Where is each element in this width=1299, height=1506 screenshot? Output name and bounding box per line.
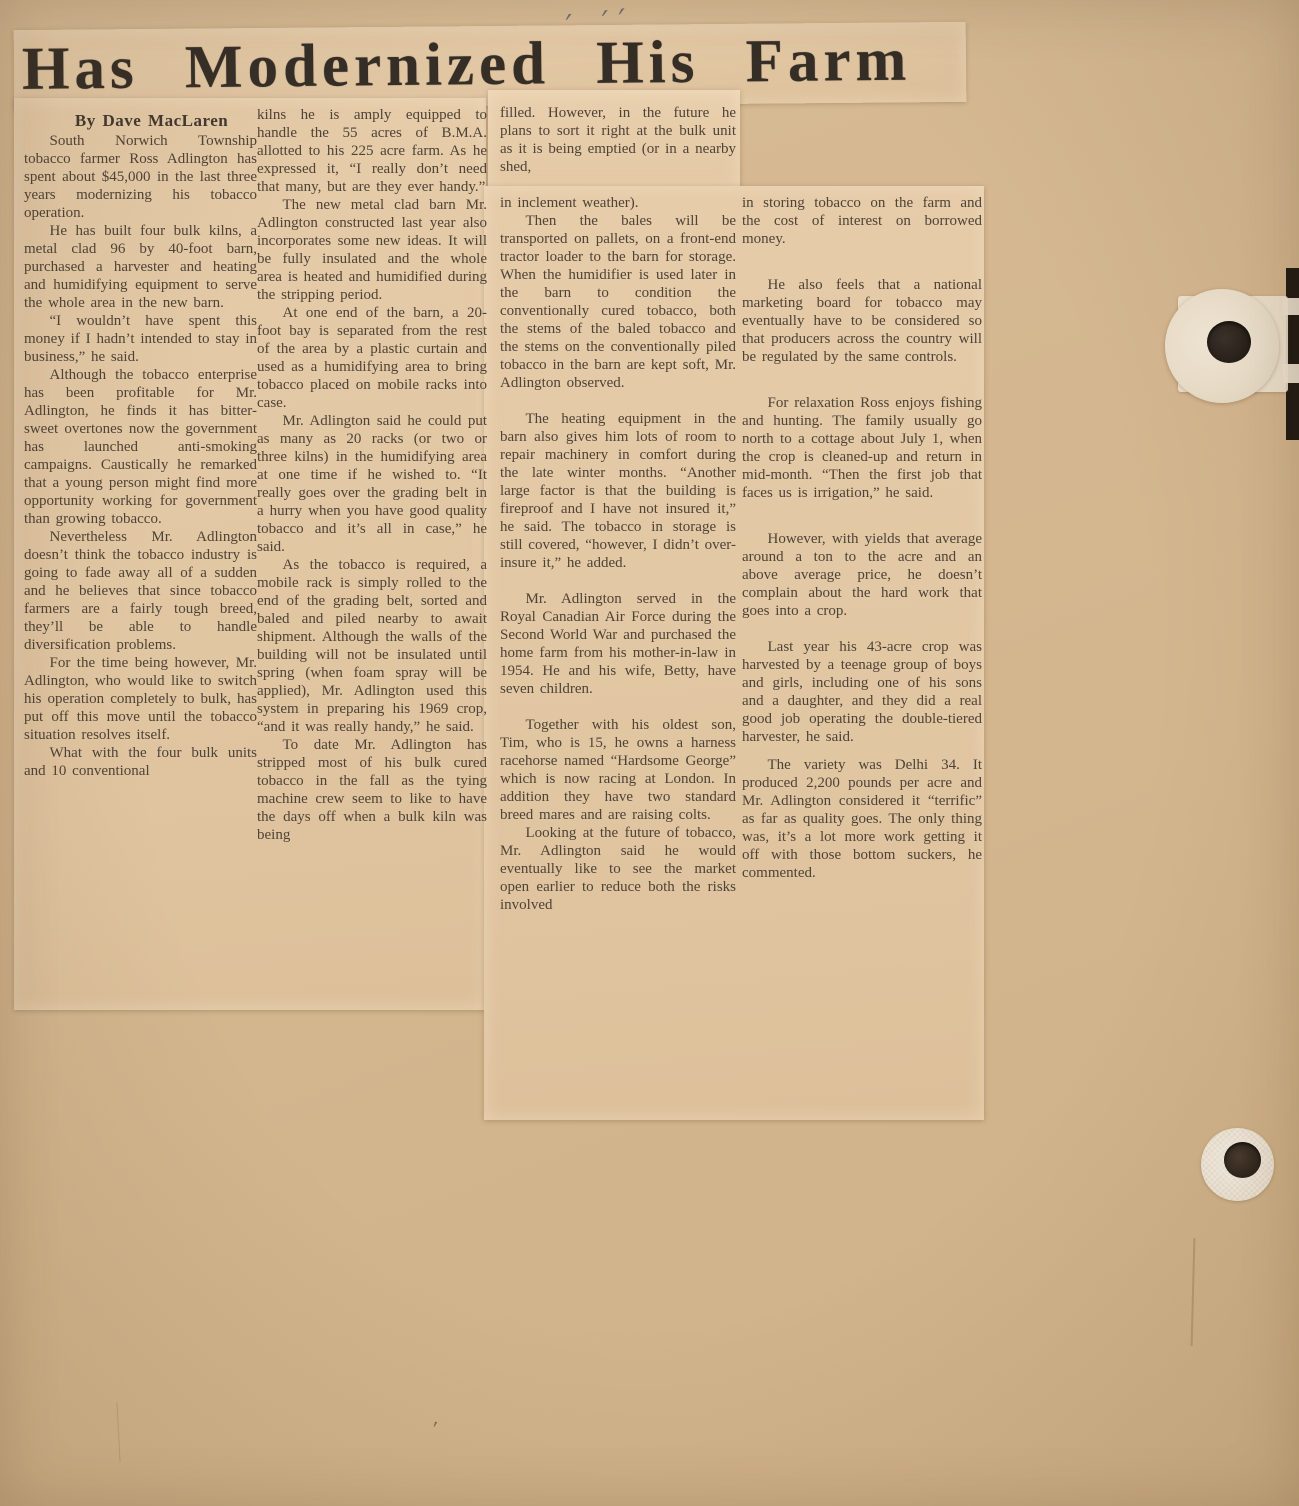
- paragraph: Mr. Adlington said he could put as many …: [257, 412, 487, 556]
- byline: By Dave MacLaren: [24, 112, 257, 130]
- tape-edge-tab: [1283, 298, 1299, 315]
- paragraph: To date Mr. Adlington has stripped most …: [257, 736, 487, 844]
- paragraph: As the tobacco is required, a mobile rac…: [257, 556, 487, 736]
- paragraph: kilns he is amply equipped to handle the…: [257, 106, 487, 196]
- paragraph: Although the tobacco enterprise has been…: [24, 366, 257, 528]
- article-column-4: in storing tobacco on the farm and the c…: [742, 194, 982, 882]
- paragraph: What with the four bulk units and 10 con…: [24, 744, 257, 780]
- paragraph: Mr. Adlington served in the Royal Canadi…: [500, 590, 736, 698]
- paragraph: For relaxation Ross enjoys fishing and h…: [742, 394, 982, 502]
- paragraph: “I wouldn’t have spent this money if I h…: [24, 312, 257, 366]
- paragraph: The heating equipment in the barn also g…: [500, 410, 736, 572]
- paragraph: in inclement weather).: [500, 194, 736, 212]
- paragraph: Nevertheless Mr. Adlington doesn’t think…: [24, 528, 257, 654]
- paragraph: Looking at the future of tobacco, Mr. Ad…: [500, 824, 736, 914]
- scrapbook-page: ′ ′′ Has Modernized His Farm By Dave Mac…: [0, 0, 1299, 1506]
- paragraph: The variety was Delhi 34. It produced 2,…: [742, 756, 982, 882]
- punch-hole: [1207, 321, 1251, 363]
- tape-edge-tab: [1283, 364, 1299, 383]
- paragraph: filled. However, in the future he plans …: [500, 104, 736, 176]
- paragraph: However, with yields that average around…: [742, 530, 982, 620]
- paragraph: in storing tobacco on the farm and the c…: [742, 194, 982, 248]
- paragraph: At one end of the barn, a 20-foot bay is…: [257, 304, 487, 412]
- paragraph: For the time being however, Mr. Adlingto…: [24, 654, 257, 744]
- paragraph: South Norwich Township tobacco farmer Ro…: [24, 132, 257, 222]
- paragraph: The new metal clad barn Mr. Adlington co…: [257, 196, 487, 304]
- article-column-2: kilns he is amply equipped to handle the…: [257, 106, 487, 844]
- paragraph: Last year his 43-acre crop was harvested…: [742, 638, 982, 746]
- paragraph: He also feels that a national marketing …: [742, 276, 982, 366]
- paragraph: He has built four bulk kilns, a metal cl…: [24, 222, 257, 312]
- paragraph: Together with his oldest son, Tim, who i…: [500, 716, 736, 824]
- page-crease: [116, 1402, 120, 1462]
- paragraph: Then the bales will be transported on pa…: [500, 212, 736, 392]
- punch-hole: [1224, 1142, 1261, 1178]
- headline: Has Modernized His Farm: [22, 25, 963, 105]
- article-column-1: By Dave MacLaren South Norwich Township …: [24, 112, 257, 780]
- page-crease: [1191, 1238, 1196, 1346]
- pen-scratch: ′: [429, 1416, 439, 1442]
- article-column-3: filled. However, in the future he plans …: [500, 104, 736, 914]
